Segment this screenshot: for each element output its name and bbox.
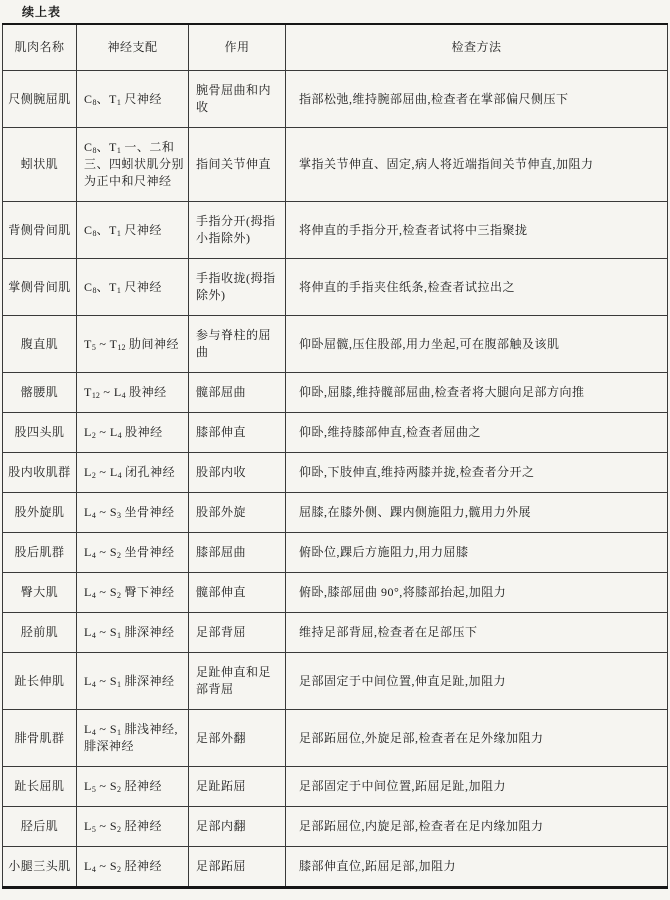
exam-method-cell: 足部固定于中间位置,伸直足趾,加阻力 xyxy=(286,653,668,710)
action-cell: 足部外翻 xyxy=(189,710,286,767)
action-cell: 腕骨屈曲和内收 xyxy=(189,71,286,128)
action-cell: 足部跖屈 xyxy=(189,847,286,888)
nerve-supply-cell: L5 ~ S2 胫神经 xyxy=(77,767,189,807)
exam-method-cell: 俯卧,膝部屈曲 90°,将膝部抬起,加阻力 xyxy=(286,573,668,613)
action-cell: 足趾伸直和足部背屈 xyxy=(189,653,286,710)
header-row: 肌肉名称 神经支配 作用 检查方法 xyxy=(3,24,668,71)
muscle-name-cell: 股外旋肌 xyxy=(3,493,77,533)
table-row: 股内收肌群L2 ~ L4 闭孔神经股部内收仰卧,下肢伸直,维持两膝并拢,检查者分… xyxy=(3,453,668,493)
muscle-name-cell: 髂腰肌 xyxy=(3,373,77,413)
muscle-test-table: 肌肉名称 神经支配 作用 检查方法 尺侧腕屈肌C8、T1 尺神经腕骨屈曲和内收指… xyxy=(2,23,668,889)
nerve-supply-cell: C8、T1 尺神经 xyxy=(77,202,189,259)
exam-method-cell: 足部跖屈位,内旋足部,检查者在足内缘加阻力 xyxy=(286,807,668,847)
table-row: 腹直肌T5 ~ T12 肋间神经参与脊柱的屈曲仰卧屈髋,压住股部,用力坐起,可在… xyxy=(3,316,668,373)
exam-method-cell: 掌指关节伸直、固定,病人将近端指间关节伸直,加阻力 xyxy=(286,128,668,202)
table-row: 趾长屈肌L5 ~ S2 胫神经足趾跖屈足部固定于中间位置,跖屈足趾,加阻力 xyxy=(3,767,668,807)
muscle-name-cell: 趾长伸肌 xyxy=(3,653,77,710)
action-cell: 足部背屈 xyxy=(189,613,286,653)
action-cell: 髋部伸直 xyxy=(189,573,286,613)
action-cell: 髋部屈曲 xyxy=(189,373,286,413)
action-cell: 参与脊柱的屈曲 xyxy=(189,316,286,373)
nerve-supply-cell: L4 ~ S1 腓深神经 xyxy=(77,653,189,710)
nerve-supply-cell: L4 ~ S2 坐骨神经 xyxy=(77,533,189,573)
nerve-supply-cell: L2 ~ L4 闭孔神经 xyxy=(77,453,189,493)
table-row: 蚓状肌C8、T1 一、二和三、四蚓状肌分别为正中和尺神经指间关节伸直掌指关节伸直… xyxy=(3,128,668,202)
table-row: 趾长伸肌L4 ~ S1 腓深神经足趾伸直和足部背屈足部固定于中间位置,伸直足趾,… xyxy=(3,653,668,710)
table-row: 股四头肌L2 ~ L4 股神经膝部伸直仰卧,维持膝部伸直,检查者屈曲之 xyxy=(3,413,668,453)
table-header: 肌肉名称 神经支配 作用 检查方法 xyxy=(3,24,668,71)
muscle-name-cell: 腓骨肌群 xyxy=(3,710,77,767)
action-cell: 股部内收 xyxy=(189,453,286,493)
action-cell: 手指分开(拇指小指除外) xyxy=(189,202,286,259)
table-row: 股后肌群L4 ~ S2 坐骨神经膝部屈曲俯卧位,踝后方施阻力,用力屈膝 xyxy=(3,533,668,573)
nerve-supply-cell: T5 ~ T12 肋间神经 xyxy=(77,316,189,373)
exam-method-cell: 仰卧,屈膝,维持髋部屈曲,检查者将大腿向足部方向推 xyxy=(286,373,668,413)
table-row: 髂腰肌T12 ~ L4 股神经髋部屈曲仰卧,屈膝,维持髋部屈曲,检查者将大腿向足… xyxy=(3,373,668,413)
nerve-supply-cell: C8、T1 尺神经 xyxy=(77,71,189,128)
header-action: 作用 xyxy=(189,24,286,71)
muscle-name-cell: 股四头肌 xyxy=(3,413,77,453)
exam-method-cell: 足部固定于中间位置,跖屈足趾,加阻力 xyxy=(286,767,668,807)
muscle-name-cell: 趾长屈肌 xyxy=(3,767,77,807)
action-cell: 膝部伸直 xyxy=(189,413,286,453)
exam-method-cell: 足部跖屈位,外旋足部,检查者在足外缘加阻力 xyxy=(286,710,668,767)
table-row: 背侧骨间肌C8、T1 尺神经手指分开(拇指小指除外)将伸直的手指分开,检查者试将… xyxy=(3,202,668,259)
action-cell: 手指收拢(拇指除外) xyxy=(189,259,286,316)
nerve-supply-cell: C8、T1 尺神经 xyxy=(77,259,189,316)
action-cell: 膝部屈曲 xyxy=(189,533,286,573)
page-title: 续上表 xyxy=(0,2,670,23)
header-exam-method: 检查方法 xyxy=(286,24,668,71)
nerve-supply-cell: L4 ~ S1 腓深神经 xyxy=(77,613,189,653)
exam-method-cell: 将伸直的手指分开,检查者试将中三指聚拢 xyxy=(286,202,668,259)
table-row: 尺侧腕屈肌C8、T1 尺神经腕骨屈曲和内收指部松弛,维持腕部屈曲,检查者在掌部偏… xyxy=(3,71,668,128)
nerve-supply-cell: L5 ~ S2 胫神经 xyxy=(77,807,189,847)
exam-method-cell: 仰卧,维持膝部伸直,检查者屈曲之 xyxy=(286,413,668,453)
action-cell: 股部外旋 xyxy=(189,493,286,533)
exam-method-cell: 仰卧,下肢伸直,维持两膝并拢,检查者分开之 xyxy=(286,453,668,493)
muscle-name-cell: 掌侧骨间肌 xyxy=(3,259,77,316)
muscle-name-cell: 蚓状肌 xyxy=(3,128,77,202)
nerve-supply-cell: T12 ~ L4 股神经 xyxy=(77,373,189,413)
table-row: 股外旋肌L4 ~ S3 坐骨神经股部外旋屈膝,在膝外侧、踝内侧施阻力,髋用力外展 xyxy=(3,493,668,533)
table-row: 胫后肌L5 ~ S2 胫神经足部内翻足部跖屈位,内旋足部,检查者在足内缘加阻力 xyxy=(3,807,668,847)
exam-method-cell: 屈膝,在膝外侧、踝内侧施阻力,髋用力外展 xyxy=(286,493,668,533)
muscle-name-cell: 小腿三头肌 xyxy=(3,847,77,888)
nerve-supply-cell: L4 ~ S1 腓浅神经,腓深神经 xyxy=(77,710,189,767)
header-nerve-supply: 神经支配 xyxy=(77,24,189,71)
action-cell: 指间关节伸直 xyxy=(189,128,286,202)
action-cell: 足趾跖屈 xyxy=(189,767,286,807)
nerve-supply-cell: L4 ~ S3 坐骨神经 xyxy=(77,493,189,533)
nerve-supply-cell: L4 ~ S2 胫神经 xyxy=(77,847,189,888)
nerve-supply-cell: L2 ~ L4 股神经 xyxy=(77,413,189,453)
exam-method-cell: 指部松弛,维持腕部屈曲,检查者在掌部偏尺侧压下 xyxy=(286,71,668,128)
exam-method-cell: 维持足部背屈,检查者在足部压下 xyxy=(286,613,668,653)
header-muscle-name: 肌肉名称 xyxy=(3,24,77,71)
muscle-name-cell: 臀大肌 xyxy=(3,573,77,613)
table-body: 尺侧腕屈肌C8、T1 尺神经腕骨屈曲和内收指部松弛,维持腕部屈曲,检查者在掌部偏… xyxy=(3,71,668,888)
table-row: 掌侧骨间肌C8、T1 尺神经手指收拢(拇指除外)将伸直的手指夹住纸条,检查者试拉… xyxy=(3,259,668,316)
action-cell: 足部内翻 xyxy=(189,807,286,847)
scanned-page: 续上表 肌肉名称 神经支配 作用 检查方法 尺侧腕屈肌C8、T1 尺神经腕骨屈曲… xyxy=(0,0,670,900)
table-row: 小腿三头肌L4 ~ S2 胫神经足部跖屈膝部伸直位,跖屈足部,加阻力 xyxy=(3,847,668,888)
muscle-name-cell: 股后肌群 xyxy=(3,533,77,573)
muscle-name-cell: 胫前肌 xyxy=(3,613,77,653)
muscle-name-cell: 背侧骨间肌 xyxy=(3,202,77,259)
table-row: 腓骨肌群L4 ~ S1 腓浅神经,腓深神经足部外翻足部跖屈位,外旋足部,检查者在… xyxy=(3,710,668,767)
muscle-name-cell: 腹直肌 xyxy=(3,316,77,373)
exam-method-cell: 俯卧位,踝后方施阻力,用力屈膝 xyxy=(286,533,668,573)
exam-method-cell: 将伸直的手指夹住纸条,检查者试拉出之 xyxy=(286,259,668,316)
exam-method-cell: 仰卧屈髋,压住股部,用力坐起,可在腹部触及该肌 xyxy=(286,316,668,373)
nerve-supply-cell: L4 ~ S2 臀下神经 xyxy=(77,573,189,613)
table-row: 胫前肌L4 ~ S1 腓深神经足部背屈维持足部背屈,检查者在足部压下 xyxy=(3,613,668,653)
table-row: 臀大肌L4 ~ S2 臀下神经髋部伸直俯卧,膝部屈曲 90°,将膝部抬起,加阻力 xyxy=(3,573,668,613)
muscle-name-cell: 胫后肌 xyxy=(3,807,77,847)
muscle-name-cell: 尺侧腕屈肌 xyxy=(3,71,77,128)
exam-method-cell: 膝部伸直位,跖屈足部,加阻力 xyxy=(286,847,668,888)
nerve-supply-cell: C8、T1 一、二和三、四蚓状肌分别为正中和尺神经 xyxy=(77,128,189,202)
muscle-name-cell: 股内收肌群 xyxy=(3,453,77,493)
